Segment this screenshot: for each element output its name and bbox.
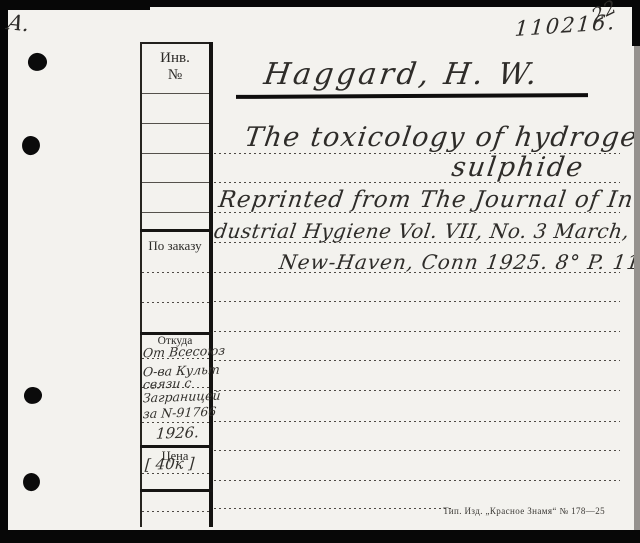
inventory-label-line1: Инв.: [141, 50, 209, 67]
column-rule-dotted: [142, 511, 209, 513]
imprint-line3: New-Haven, Conn 1925. 8° P. 113-121: [278, 252, 640, 272]
origin-note-line: Заграницей: [142, 390, 221, 405]
column-rule: [142, 93, 209, 94]
column-rule-dotted: [142, 272, 209, 274]
by-order-label: По заказу: [141, 238, 209, 254]
scan-edge-right-top: [632, 0, 640, 46]
punch-hole: [21, 135, 41, 156]
ruled-line: [214, 508, 452, 510]
catalog-card-scan: А. 110216. 22 Инв. № По заказу Откуда Це…: [0, 0, 640, 543]
section-divider: [140, 489, 213, 492]
inventory-label-line2: №: [141, 67, 209, 84]
scan-edge-right: [634, 46, 640, 530]
ruled-line: [214, 301, 620, 303]
scan-edge-bottom: [0, 530, 640, 543]
origin-note-line: От Всесоюз: [142, 345, 225, 360]
title-line1: The toxicology of hydrogen: [243, 124, 640, 151]
column-rule: [142, 123, 209, 124]
ruled-line: [214, 421, 620, 423]
column-rule-dotted: [142, 302, 209, 304]
section-divider: [140, 445, 213, 448]
origin-note-year: 1926.: [155, 425, 199, 441]
punch-hole: [22, 472, 42, 493]
corner-mark: А.: [5, 12, 32, 35]
scan-edge-left: [0, 0, 8, 543]
column-border-top: [140, 42, 213, 44]
column-rule: [142, 212, 209, 213]
punch-hole: [23, 386, 42, 405]
column-rule: [142, 182, 209, 183]
price-value: [ 40к ]: [144, 456, 194, 473]
punch-hole: [26, 51, 48, 73]
ruled-line: [214, 360, 620, 362]
author-underline: [236, 93, 588, 98]
author-entry: Haggard, H. W.: [262, 60, 542, 90]
imprint-line2: dustrial Hygiene Vol. VII, No. 3 March, …: [213, 221, 640, 241]
scan-edge-top-left: [0, 0, 150, 10]
ruled-line: [214, 390, 620, 392]
printer-imprint: Тип. Изд. „Красное Знамя“ № 178—25: [425, 506, 605, 516]
ruled-line: [214, 331, 620, 333]
inventory-label: Инв. №: [141, 50, 209, 84]
imprint-line1: Reprinted from The Journal of In-: [217, 189, 640, 212]
title-line2: sulphide: [450, 154, 586, 181]
column-border-right: [209, 42, 213, 527]
origin-note-line: за N-91766: [142, 406, 216, 421]
ruled-line: [214, 480, 620, 482]
section-divider: [140, 229, 213, 232]
ruled-line: [214, 450, 620, 452]
column-rule: [142, 153, 209, 154]
